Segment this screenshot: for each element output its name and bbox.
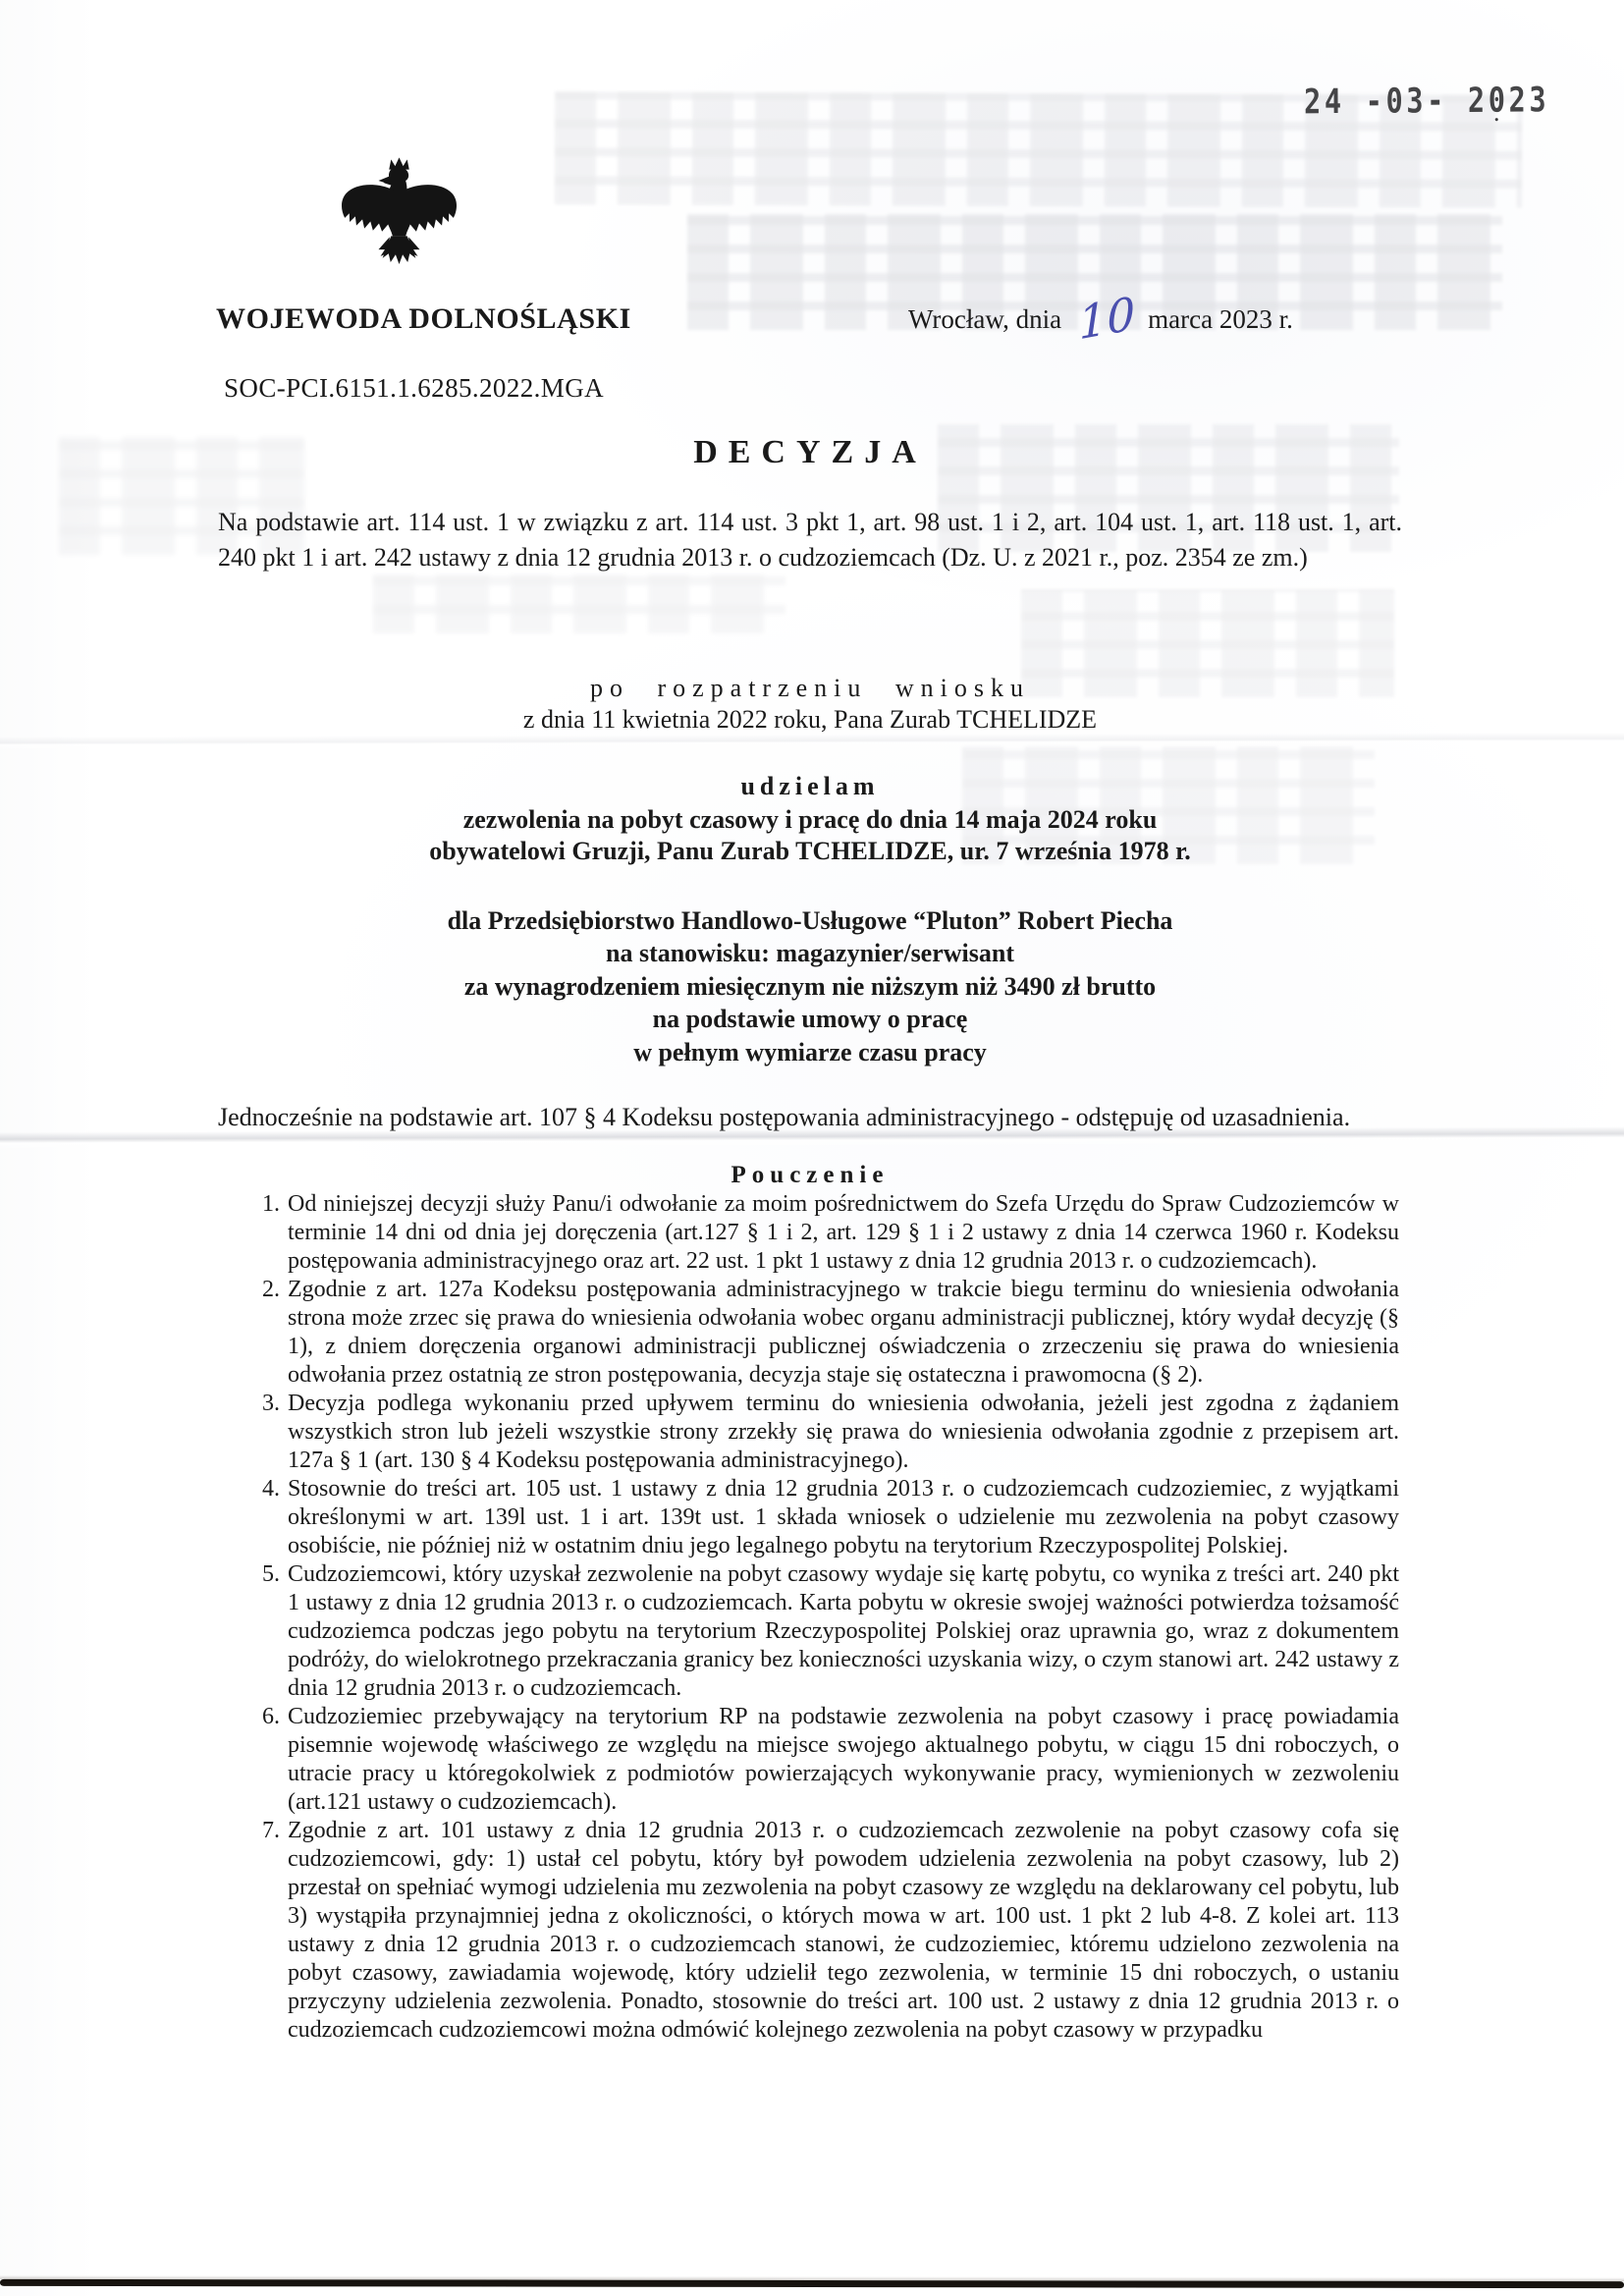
item-number: 2. (262, 1276, 288, 1304)
document-title: DECYZJA (218, 434, 1402, 471)
instruction-item: 7. Zgodnie z art. 101 ustawy z dnia 12 g… (262, 1817, 1399, 2045)
item-text: Decyzja podlega wykonaniu przed upływem … (288, 1390, 1399, 1475)
employment-conditions-block: dla Przedsiębiorstwo Handlowo-Usługowe “… (218, 904, 1402, 1068)
case-reference-number: SOC-PCI.6151.1.6285.2022.MGA (224, 373, 604, 404)
bleed-through-texture (373, 574, 785, 633)
application-date-line: z dnia 11 kwietnia 2022 roku, Pana Zurab… (218, 705, 1402, 735)
paper-fold-crease (0, 733, 1624, 750)
item-number: 4. (262, 1475, 288, 1503)
item-number: 7. (262, 1817, 288, 1845)
item-text: Stosownie do treści art. 105 ust. 1 usta… (288, 1475, 1399, 1560)
instruction-list: 1. Od niniejszej decyzji służy Panu/i od… (262, 1190, 1399, 2045)
item-text: Cudzoziemiec przebywający na terytorium … (288, 1703, 1399, 1817)
considering-line: po rozpatrzeniu wniosku (218, 674, 1402, 703)
scan-edge-shadow (0, 2279, 1624, 2288)
beneficiary-line: obywatelowi Gruzji, Panu Zurab TCHELIDZE… (218, 837, 1402, 866)
grant-scope-line: zezwolenia na pobyt czasowy i pracę do d… (218, 805, 1402, 835)
received-date-stamp: 24 -03- 2023 (1304, 81, 1503, 122)
handwritten-day-number: 10 (1078, 313, 1135, 323)
item-number: 3. (262, 1390, 288, 1418)
grant-word: udzielam (218, 772, 1402, 801)
issuing-authority-title: WOJEWODA DOLNOŚLĄSKI (216, 302, 631, 336)
instruction-item: 3. Decyzja podlega wykonaniu przed upływ… (262, 1390, 1399, 1475)
instruction-item: 5. Cudzoziemcowi, który uzyskał zezwolen… (262, 1560, 1399, 1703)
instruction-heading: Pouczenie (218, 1162, 1402, 1189)
place-and-date-line: Wrocław, dnia 10 marca 2023 r. (908, 304, 1321, 335)
instruction-item: 1. Od niniejszej decyzji służy Panu/i od… (262, 1190, 1399, 1276)
item-number: 6. (262, 1703, 288, 1731)
position-line: na stanowisku: magazynier/serwisant (218, 937, 1402, 969)
place-date-suffix: marca 2023 r. (1148, 304, 1293, 334)
instruction-item: 4. Stosownie do treści art. 105 ust. 1 u… (262, 1475, 1399, 1560)
legal-basis-paragraph: Na podstawie art. 114 ust. 1 w związku z… (218, 505, 1402, 574)
item-text: Zgodnie z art. 127a Kodeksu postępowania… (288, 1276, 1399, 1390)
scanned-decision-page: 24 -03- 2023 . WOJEWODA DOLNOŚLĄSKI Wroc… (0, 0, 1624, 2296)
instruction-item: 6. Cudzoziemiec przebywający na terytori… (262, 1703, 1399, 1817)
item-number: 5. (262, 1560, 288, 1589)
item-text: Zgodnie z art. 101 ustawy z dnia 12 grud… (288, 1817, 1399, 2045)
salary-line: za wynagrodzeniem miesięcznym nie niższy… (218, 970, 1402, 1003)
item-text: Cudzoziemcowi, który uzyskał zezwolenie … (288, 1560, 1399, 1703)
item-number: 1. (262, 1190, 288, 1219)
polish-eagle-emblem-icon (339, 155, 460, 291)
employer-name-line: dla Przedsiębiorstwo Handlowo-Usługowe “… (218, 904, 1402, 937)
working-time-line: w pełnym wymiarze czasu pracy (218, 1036, 1402, 1068)
instruction-item: 2. Zgodnie z art. 127a Kodeksu postępowa… (262, 1276, 1399, 1390)
justification-waiver-line: Jednocześnie na podstawie art. 107 § 4 K… (218, 1103, 1406, 1132)
stamp-ink-dot: . (1493, 98, 1500, 128)
place-date-prefix: Wrocław, dnia (908, 304, 1061, 334)
contract-type-line: na podstawie umowy o pracę (218, 1003, 1402, 1035)
item-text: Od niniejszej decyzji służy Panu/i odwoł… (288, 1190, 1399, 1276)
